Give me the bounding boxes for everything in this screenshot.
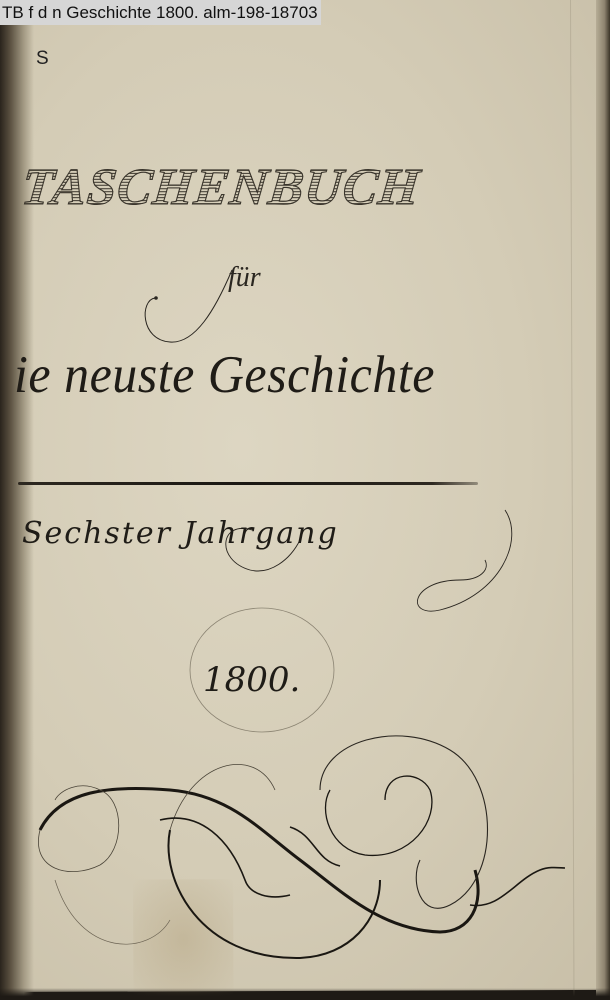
publication-year: 1800.	[203, 660, 300, 700]
image-caption: TB f d n Geschichte 1800. alm-198-18703	[0, 0, 321, 25]
book-subtitle: ie neuste Geschichte	[14, 344, 435, 405]
horizontal-rule	[18, 482, 478, 485]
shelfmark-label: S	[36, 48, 49, 70]
edition-label: Sechster Jahrgang	[22, 516, 339, 551]
book-title: TASCHENBUCH	[19, 158, 423, 217]
title-preposition: für	[228, 262, 261, 294]
calligraphic-flourish-icon	[0, 0, 610, 1000]
